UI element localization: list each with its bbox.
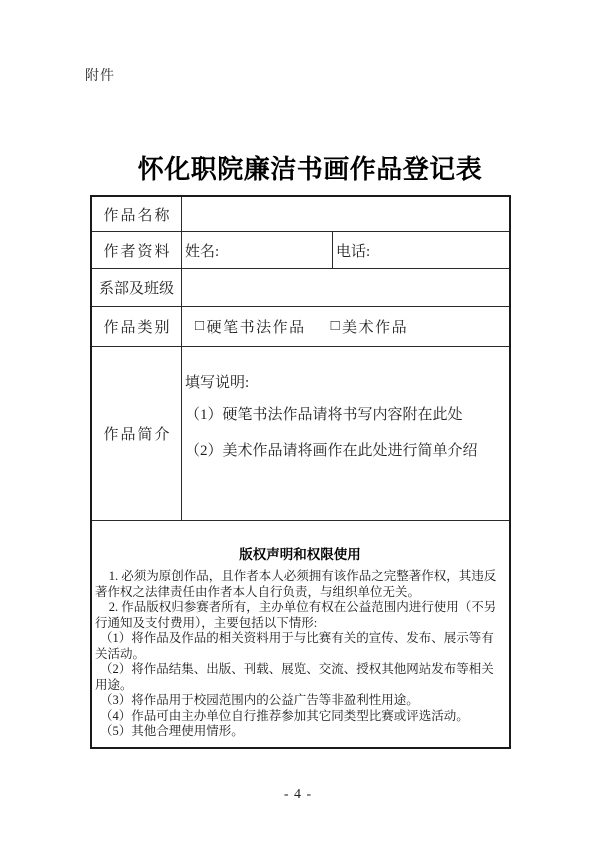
page-title: 怀化职院廉洁书画作品登记表 bbox=[12, 149, 596, 186]
copyright-paragraph: 1. 必须为原创作品，且作者本人必须拥有该作品之完整著作权，其违反著作权之法律责… bbox=[95, 569, 505, 600]
copyright-paragraph: （3）将作品用于校园范围内的公益广告等非盈利性用途。 bbox=[95, 693, 505, 709]
copyright-paragraph: （5）其他合理使用情形。 bbox=[95, 724, 505, 740]
row-author-info: 作者资料 姓名: 电话: bbox=[92, 232, 509, 269]
department-class-input-cell[interactable] bbox=[182, 269, 509, 306]
copyright-paragraph: 2. 作品版权归参赛者所有，主办单位有权在公益范围内进行使用（不另行通知及支付费… bbox=[95, 600, 505, 631]
phone-field-cell[interactable]: 电话: bbox=[333, 232, 509, 268]
copyright-paragraph: （4）作品可由主办单位自行推荐参加其它同类型比赛或评选活动。 bbox=[95, 709, 505, 725]
intro-instructions-title: 填写说明: bbox=[185, 373, 503, 393]
department-class-label: 系部及班级 bbox=[92, 269, 182, 306]
copyright-paragraph: （2）将作品结集、出版、刊载、展览、交流、授权其他网站发布等相关用途。 bbox=[95, 662, 505, 693]
checkbox-icon[interactable]: □ bbox=[195, 318, 206, 335]
intro-instruction-2: （2）美术作品请将画作在此处进行简单介绍 bbox=[185, 441, 503, 461]
work-category-label: 作品类别 bbox=[92, 307, 182, 346]
registration-form-table: 作品名称 作者资料 姓名: 电话: 系部及班级 bbox=[90, 195, 511, 749]
checkbox-option-art-label: 美术作品 bbox=[342, 316, 408, 337]
row-work-category: 作品类别 □ 硬笔书法作品 □ 美术作品 bbox=[92, 307, 509, 347]
attachment-label: 附件 bbox=[85, 65, 115, 85]
author-info-cells: 姓名: 电话: bbox=[182, 232, 509, 268]
work-name-input-cell[interactable] bbox=[182, 197, 509, 231]
copyright-section: 版权声明和权限使用 1. 必须为原创作品，且作者本人必须拥有该作品之完整著作权，… bbox=[92, 521, 509, 747]
work-intro-label: 作品简介 bbox=[92, 347, 182, 520]
author-info-label: 作者资料 bbox=[92, 232, 182, 268]
checkbox-option-calligraphy[interactable]: □ 硬笔书法作品 bbox=[195, 316, 306, 337]
document-page: 附件 怀化职院廉洁书画作品登记表 作品名称 作者资料 姓名: 电话: bbox=[0, 0, 596, 842]
row-department-class: 系部及班级 bbox=[92, 269, 509, 307]
intro-instruction-1: （1）硬笔书法作品请将书写内容附在此处 bbox=[185, 405, 503, 425]
name-field-cell[interactable]: 姓名: bbox=[182, 232, 333, 268]
checkbox-option-calligraphy-label: 硬笔书法作品 bbox=[207, 316, 306, 337]
copyright-paragraph: （1）将作品及作品的相关资料用于与比赛有关的宣传、发布、展示等有关活动。 bbox=[95, 631, 505, 662]
phone-field-label: 电话: bbox=[336, 240, 370, 261]
work-name-label: 作品名称 bbox=[92, 197, 182, 231]
page-number: - 4 - bbox=[0, 787, 596, 803]
row-work-name: 作品名称 bbox=[92, 197, 509, 232]
work-intro-input-cell[interactable]: 填写说明: （1）硬笔书法作品请将书写内容附在此处 （2）美术作品请将画作在此处… bbox=[182, 347, 509, 520]
name-field-label: 姓名: bbox=[185, 240, 219, 261]
row-copyright: 版权声明和权限使用 1. 必须为原创作品，且作者本人必须拥有该作品之完整著作权，… bbox=[92, 521, 509, 747]
copyright-heading: 版权声明和权限使用 bbox=[95, 547, 505, 563]
checkbox-icon[interactable]: □ bbox=[331, 318, 342, 335]
work-category-options: □ 硬笔书法作品 □ 美术作品 bbox=[182, 307, 509, 346]
checkbox-option-art[interactable]: □ 美术作品 bbox=[331, 316, 409, 337]
row-work-intro: 作品简介 填写说明: （1）硬笔书法作品请将书写内容附在此处 （2）美术作品请将… bbox=[92, 347, 509, 521]
